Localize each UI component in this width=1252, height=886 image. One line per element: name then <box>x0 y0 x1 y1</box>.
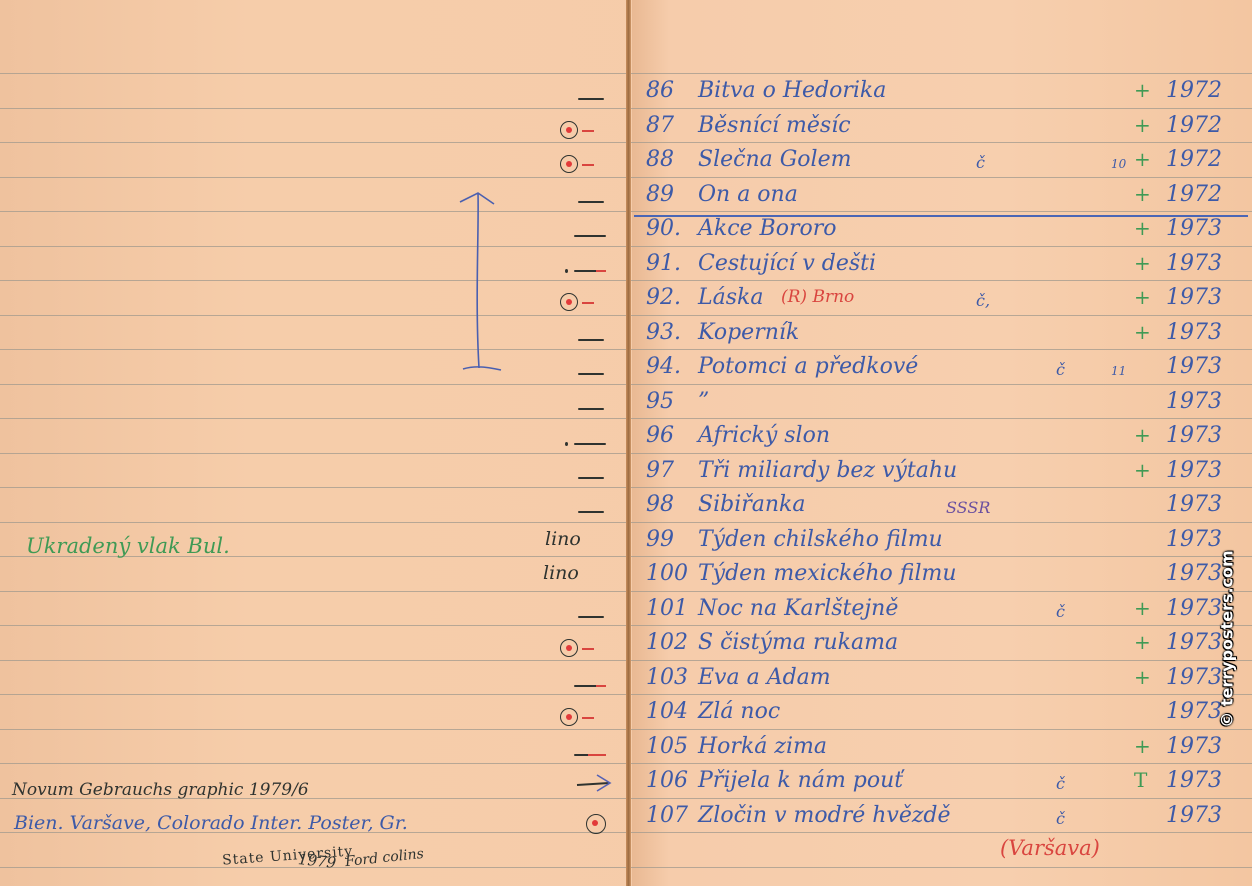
mark-dash <box>560 320 610 354</box>
mark-dash <box>560 597 610 631</box>
mark-dash <box>560 458 610 492</box>
note-biennale: Bien. Varšave, Colorado Inter. Poster, G… <box>14 812 408 834</box>
list-item: 107Zločin v modré hvězděč1973 <box>646 803 1246 837</box>
notebook-spread: Ukradený vlak Bul. Novum Gebrauchs graph… <box>0 0 1252 886</box>
entry-number: 96 <box>646 423 674 448</box>
entry-check-mark: + <box>1134 320 1151 344</box>
entry-check-mark: + <box>1134 596 1151 620</box>
entry-title: Sibiřanka <box>698 492 805 517</box>
entry-year: 1973 <box>1166 803 1222 828</box>
entry-number: 93. <box>646 320 681 345</box>
mark-circle-icon <box>560 700 610 734</box>
entry-title: Týden mexického filmu <box>698 561 957 586</box>
vertical-arrow-icon <box>455 190 505 375</box>
entry-year: 1973 <box>1166 389 1222 414</box>
list-item: 86Bitva o Hedorika+1972 <box>646 78 1246 112</box>
entry-note: č, <box>976 291 990 310</box>
entry-number: 103 <box>646 665 688 690</box>
entry-title: Zločin v modré hvězdě <box>698 803 951 828</box>
entry-title: Potomci a předkové <box>698 354 918 379</box>
entry-number: 100 <box>646 561 688 586</box>
list-item: 97Tři miliardy bez výtahu+1973 <box>646 458 1246 492</box>
list-item: 105Horká zima+1973 <box>646 734 1246 768</box>
list-item: 94.Potomci a předkovéč111973 <box>646 354 1246 388</box>
mark-dash-dot <box>560 251 610 285</box>
mark-dash <box>560 79 610 113</box>
mark-circle-icon <box>560 285 610 319</box>
entry-check-mark: T <box>1134 768 1147 792</box>
list-item: 89On a ona+1972 <box>646 182 1246 216</box>
entry-note: č <box>1056 360 1065 379</box>
list-item: 91.Cestující v dešti+1973 <box>646 251 1246 285</box>
mark-dash-red <box>560 666 610 700</box>
entry-year: 1973 <box>1166 216 1222 241</box>
entry-note: č <box>1056 774 1065 793</box>
mark-lino-label: lino <box>543 562 579 584</box>
entry-year: 1973 <box>1166 251 1222 276</box>
mark-lino-label: lino <box>545 528 581 550</box>
mark-circle-icon <box>560 147 610 181</box>
list-item: 88Slečna Golemč10+1972 <box>646 147 1246 181</box>
entry-title: Akce Bororo <box>698 216 837 241</box>
entry-check-mark: + <box>1134 630 1151 654</box>
entry-title: Láska <box>698 285 763 310</box>
entry-year: 1972 <box>1166 113 1222 138</box>
entry-note: č <box>1056 809 1065 828</box>
entry-year: 1972 <box>1166 147 1222 172</box>
list-item: 100Týden mexického filmu1973 <box>646 561 1246 595</box>
entry-number: 88 <box>646 147 674 172</box>
entry-note: č <box>976 153 985 172</box>
list-item: 103Eva a Adam+1973 <box>646 665 1246 699</box>
entry-title: Přijela k nám pouť <box>698 768 903 793</box>
entry-check-mark: + <box>1134 216 1151 240</box>
entry-year: 1973 <box>1166 458 1222 483</box>
mark-dash <box>560 354 610 388</box>
entry-title: Tři miliardy bez výtahu <box>698 458 957 483</box>
entry-title: Koperník <box>698 320 799 345</box>
copyright-watermark: © terryposters.com <box>1212 544 1242 734</box>
entry-title: Africký slon <box>698 423 830 448</box>
entry-number: 105 <box>646 734 688 759</box>
entry-check-mark: + <box>1134 78 1151 102</box>
entry-title: Zlá noc <box>698 699 780 724</box>
list-item: 98SibiřankaSSSR1973 <box>646 492 1246 526</box>
entry-title: Běsnící měsíc <box>698 113 851 138</box>
entry-number: 92. <box>646 285 681 310</box>
entry-check-mark: + <box>1134 665 1151 689</box>
entry-number: 107 <box>646 803 688 828</box>
entry-note: č <box>1056 602 1065 621</box>
entry-title: ” <box>698 389 709 414</box>
list-item: 95”1973 <box>646 389 1246 423</box>
entry-number: 97 <box>646 458 674 483</box>
note-stolen-train: Ukradený vlak Bul. <box>26 534 230 558</box>
entry-number: 99 <box>646 527 674 552</box>
entry-number: 91. <box>646 251 681 276</box>
entry-extra: 11 <box>1111 364 1126 378</box>
entry-year: 1973 <box>1166 768 1222 793</box>
entry-year: 1973 <box>1166 423 1222 448</box>
list-item: 104Zlá noc1973 <box>646 699 1246 733</box>
mark-circle-icon <box>560 631 610 665</box>
entry-number: 104 <box>646 699 688 724</box>
list-item: 87Běsnící měsíc+1972 <box>646 113 1246 147</box>
entry-check-mark: + <box>1134 285 1151 309</box>
entry-title: On a ona <box>698 182 798 207</box>
list-item: 101Noc na Karlštejněč+1973 <box>646 596 1246 630</box>
mark-circle-icon <box>586 806 636 840</box>
entry-year: 1972 <box>1166 78 1222 103</box>
entry-number: 101 <box>646 596 688 621</box>
mark-dash-red <box>560 735 610 769</box>
entry-red-note: (R) Brno <box>781 287 854 307</box>
note-year-1979: 1979 <box>297 850 337 872</box>
entry-check-mark: + <box>1134 734 1151 758</box>
entry-extra: 10 <box>1111 157 1126 171</box>
entry-title: Noc na Karlštejně <box>698 596 898 621</box>
list-item: 99Týden chilského filmu1973 <box>646 527 1246 561</box>
list-item: 93.Koperník+1973 <box>646 320 1246 354</box>
entry-title: Slečna Golem <box>698 147 851 172</box>
entry-number: 89 <box>646 182 674 207</box>
entry-number: 90. <box>646 216 681 241</box>
entry-title: Cestující v dešti <box>698 251 876 276</box>
entry-check-mark: + <box>1134 458 1151 482</box>
entry-check-mark: + <box>1134 113 1151 137</box>
mark-circle-icon <box>560 113 610 147</box>
entry-check-mark: + <box>1134 423 1151 447</box>
entry-number: 106 <box>646 768 688 793</box>
entry-check-mark: + <box>1134 147 1151 171</box>
note-novum: Novum Gebrauchs graphic 1979/6 <box>12 780 309 800</box>
entry-year: 1973 <box>1166 320 1222 345</box>
entry-year: 1972 <box>1166 182 1222 207</box>
entry-title: Týden chilského filmu <box>698 527 943 552</box>
entry-year: 1973 <box>1166 354 1222 379</box>
list-item: 102S čistýma rukama+1973 <box>646 630 1246 664</box>
notebook-gutter <box>626 0 631 886</box>
list-item: 96Africký slon+1973 <box>646 423 1246 457</box>
entry-number: 86 <box>646 78 674 103</box>
entry-note: SSSR <box>946 498 990 517</box>
mark-dash <box>560 389 610 423</box>
entry-title: Eva a Adam <box>698 665 831 690</box>
entry-year: 1973 <box>1166 734 1222 759</box>
entry-title: S čistýma rukama <box>698 630 898 655</box>
list-item: 92.Láska(R) Brnoč,+1973 <box>646 285 1246 319</box>
mark-dash-dot <box>560 424 610 458</box>
list-item: 90.Akce Bororo+1973 <box>646 216 1246 250</box>
entry-check-mark: + <box>1134 182 1151 206</box>
mark-dash <box>560 492 610 526</box>
arrow-right-icon <box>575 772 615 794</box>
entry-year: 1973 <box>1166 285 1222 310</box>
entry-number: 95 <box>646 389 674 414</box>
entry-title: Bitva o Hedorika <box>698 78 886 103</box>
entry-number: 87 <box>646 113 674 138</box>
entry-number: 98 <box>646 492 674 517</box>
list-item: 106Přijela k nám pouťčT1973 <box>646 768 1246 802</box>
footnote-varsava: (Varšava) <box>1000 836 1100 860</box>
entry-check-mark: + <box>1134 251 1151 275</box>
entry-year: 1973 <box>1166 492 1222 517</box>
mark-dash <box>560 216 610 250</box>
entry-number: 102 <box>646 630 688 655</box>
mark-dash <box>560 182 610 216</box>
entry-number: 94. <box>646 354 681 379</box>
entry-title: Horká zima <box>698 734 827 759</box>
